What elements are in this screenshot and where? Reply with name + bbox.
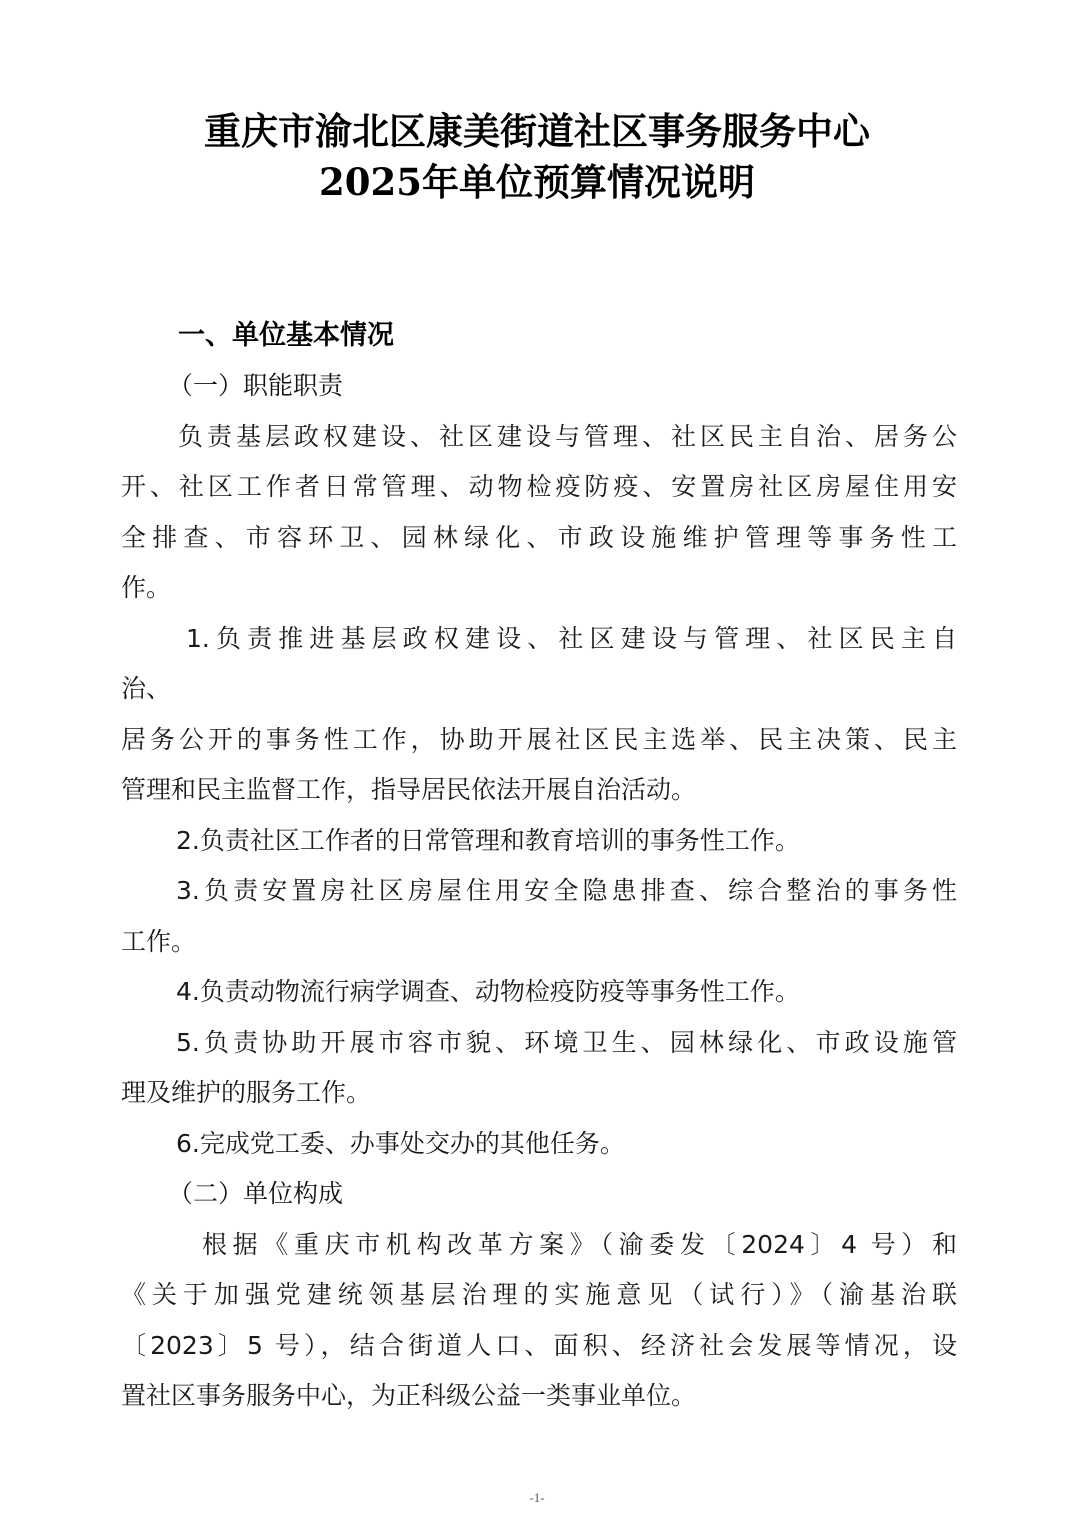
duty-item-1-line: 治、 (121, 671, 957, 707)
duties-intro-line: 作。 (121, 570, 957, 606)
subsection-heading-duties: （一）职能职责 (168, 368, 1004, 404)
duties-intro-line: 全排查、市容环卫、园林绿化、市政设施维护管理等事务性工 (121, 520, 957, 556)
duty-item-3-line: 3.负责安置房社区房屋住用安全隐患排查、综合整治的事务性 (176, 873, 957, 909)
composition-line: 置社区事务服务中心，为正科级公益一类事业单位。 (121, 1378, 957, 1414)
duty-item-6: 6.完成党工委、办事处交办的其他任务。 (176, 1126, 1012, 1162)
section-heading-basic-info: 一、单位基本情况 (178, 318, 1014, 354)
document-title-line1: 重庆市渝北区康美街道社区事务服务中心 (0, 106, 1074, 156)
duties-intro-line: 负责基层政权建设、社区建设与管理、社区民主自治、居务公 (178, 419, 957, 455)
duty-item-1-line: 管理和民主监督工作，指导居民依法开展自治活动。 (121, 772, 957, 808)
document-page: 重庆市渝北区康美街道社区事务服务中心 2025年单位预算情况说明 一、单位基本情… (0, 0, 1074, 1520)
duty-item-1-line: 1.负责推进基层政权建设、社区建设与管理、社区民主自 (186, 621, 957, 657)
composition-line: 根据《重庆市机构改革方案》（渝委发〔2024〕4 号）和 (202, 1227, 957, 1263)
composition-line: 〔2023〕5 号），结合街道人口、面积、经济社会发展等情况，设 (121, 1328, 957, 1364)
page-number: -1- (0, 1490, 1074, 1506)
duty-item-1-line: 居务公开的事务性工作，协助开展社区民主选举、民主决策、民主 (121, 722, 957, 758)
duty-item-4: 4.负责动物流行病学调查、动物检疫防疫等事务性工作。 (176, 974, 1012, 1010)
duty-item-5-line: 理及维护的服务工作。 (121, 1075, 957, 1111)
duty-item-3-line: 工作。 (121, 924, 957, 960)
duty-item-2: 2.负责社区工作者的日常管理和教育培训的事务性工作。 (176, 823, 1012, 859)
duty-item-5-line: 5.负责协助开展市容市貌、环境卫生、园林绿化、市政设施管 (176, 1025, 957, 1061)
duties-intro-line: 开、社区工作者日常管理、动物检疫防疫、安置房社区房屋住用安 (121, 469, 957, 505)
composition-line: 《关于加强党建统领基层治理的实施意见（试行）》（渝基治联 (121, 1277, 957, 1313)
subsection-heading-composition: （二）单位构成 (168, 1176, 1004, 1212)
document-title-line2: 2025年单位预算情况说明 (0, 157, 1074, 207)
